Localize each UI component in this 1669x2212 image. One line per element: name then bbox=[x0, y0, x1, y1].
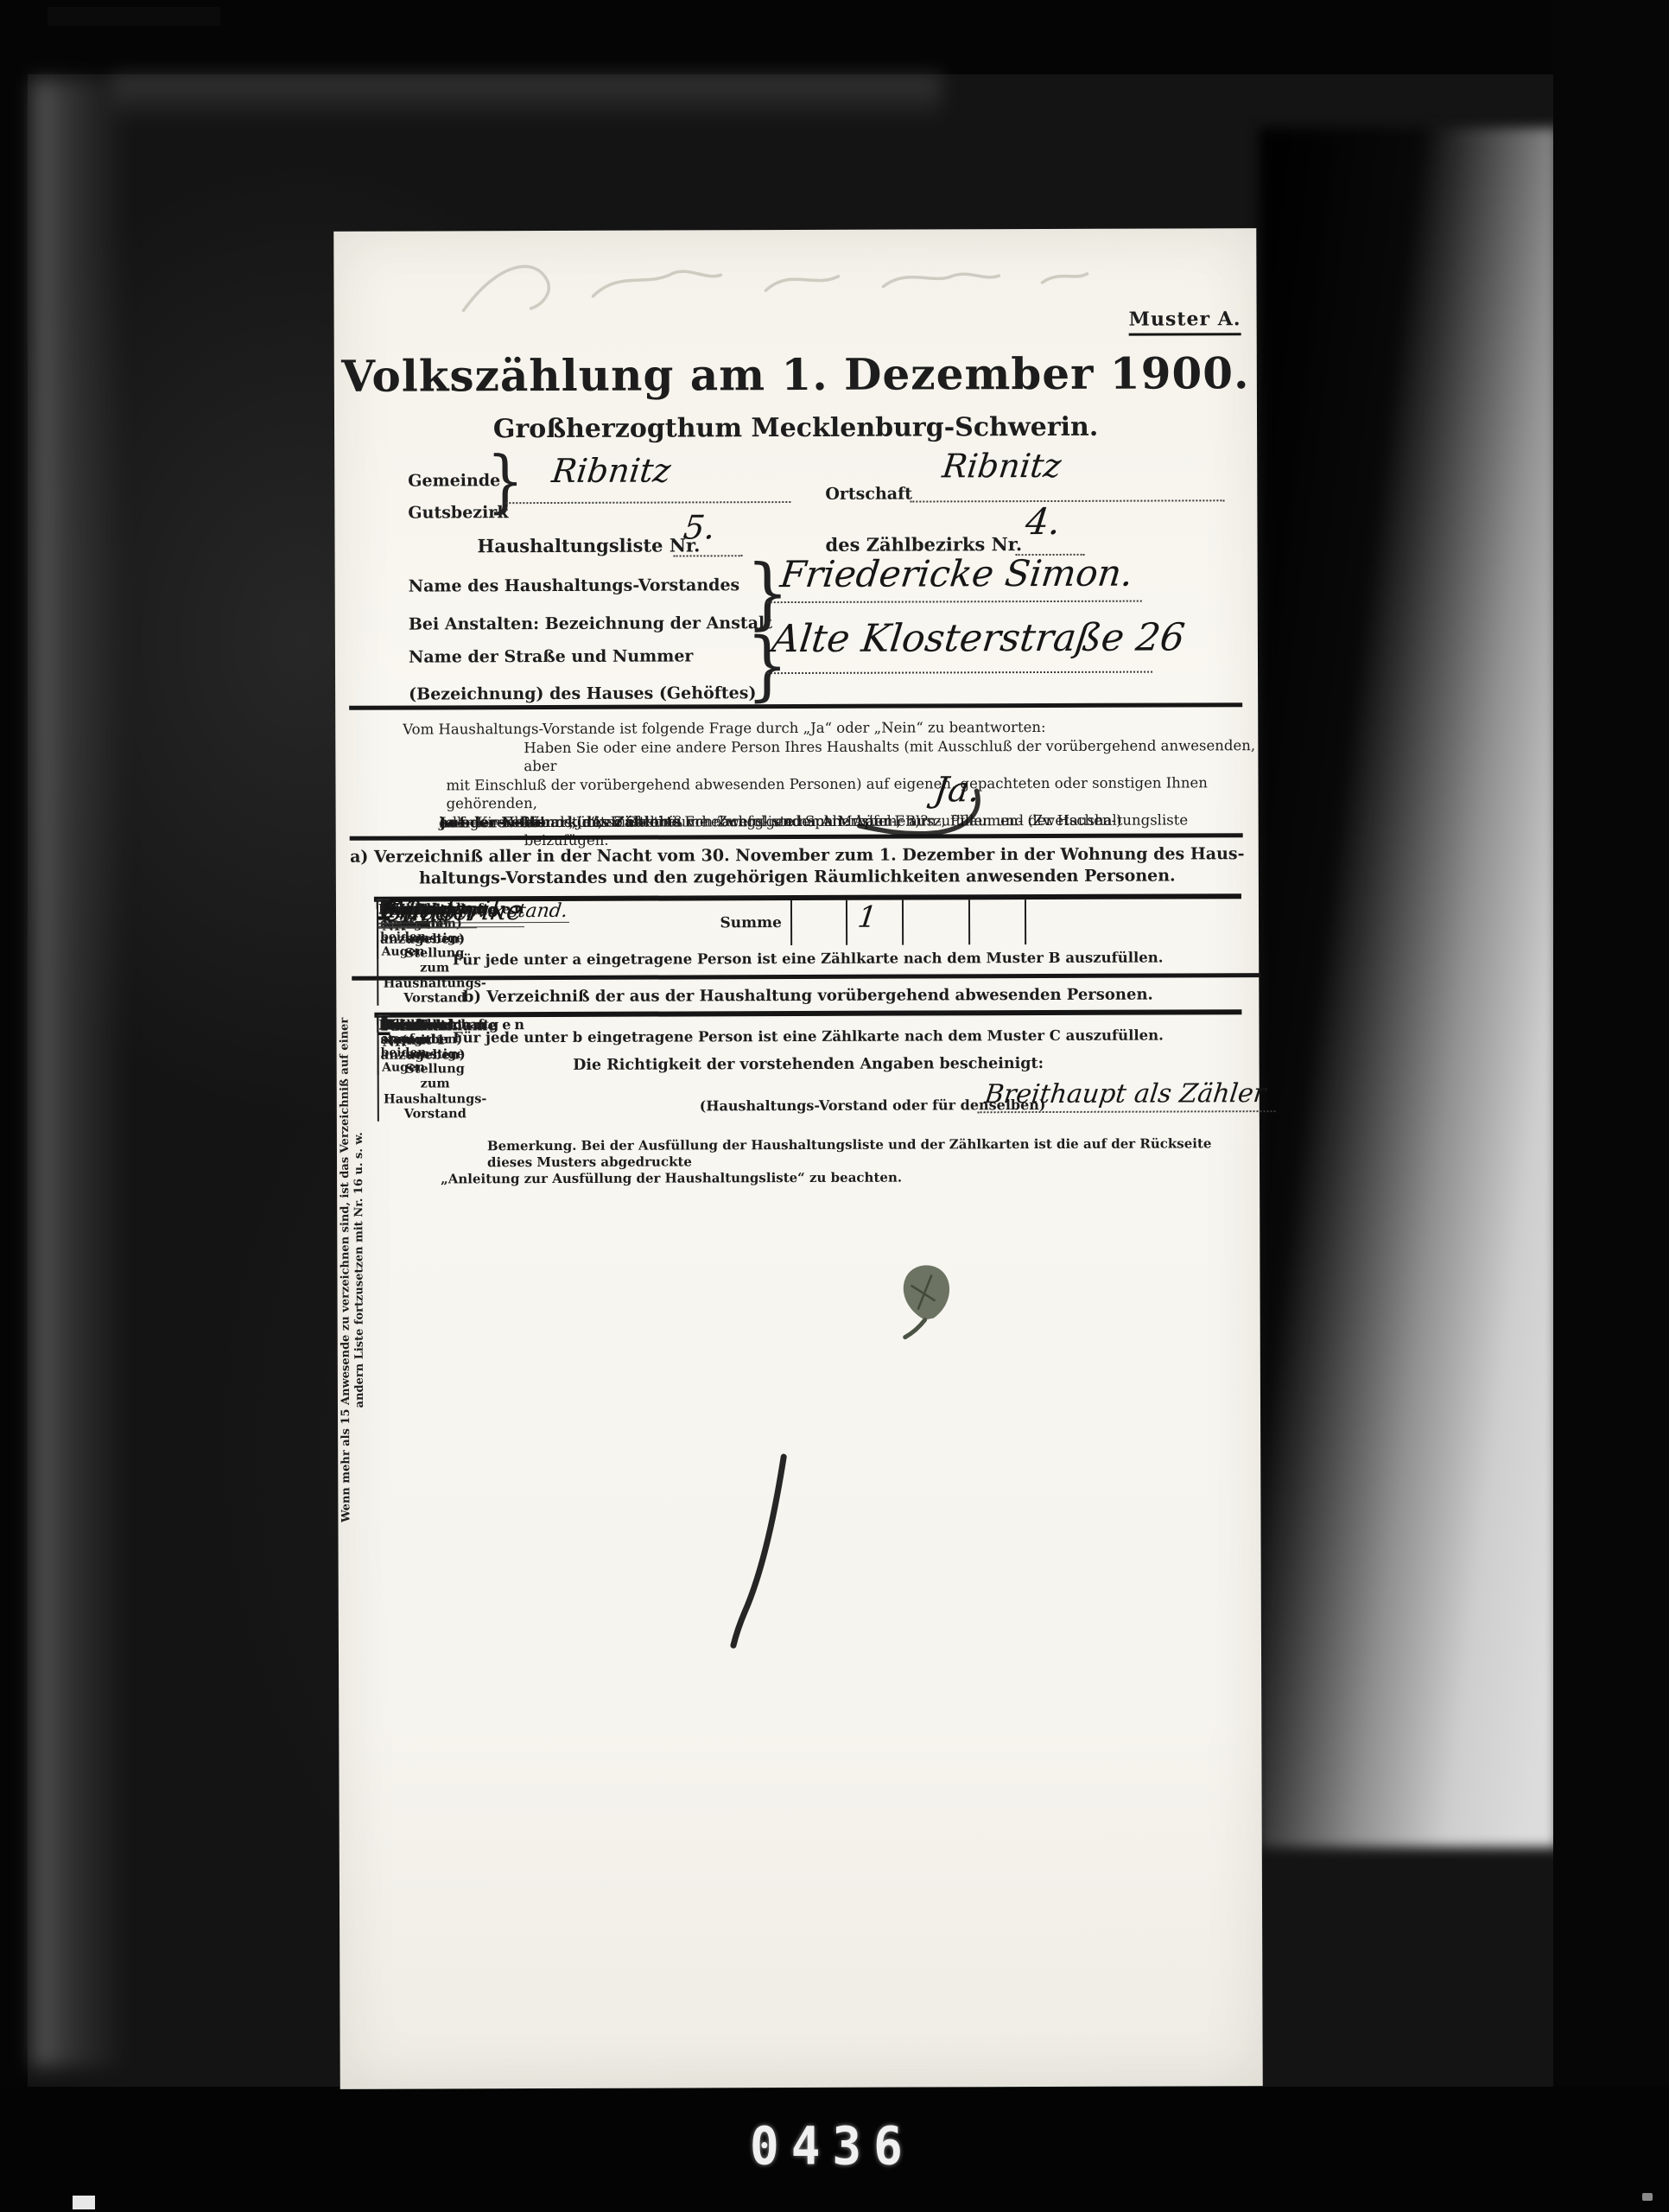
strasse-label-1: Name der Straße und Nummer bbox=[409, 646, 694, 666]
film-notch bbox=[48, 7, 220, 26]
census-form: Muster A. Volkszählung am 1. Dezember 19… bbox=[333, 228, 1262, 2089]
strasse-value: Alte Klosterstraße 26 bbox=[770, 615, 1187, 661]
film-right-border bbox=[1553, 0, 1669, 2212]
summe-column-line bbox=[846, 900, 847, 945]
summe-column-line bbox=[1025, 899, 1026, 944]
form-subtitle: Großherzogthum Mecklenburg-Schwerin. bbox=[334, 411, 1257, 445]
question-line-1: Haben Sie oder eine andere Person Ihres … bbox=[524, 736, 1258, 776]
film-speck bbox=[1642, 2193, 1653, 2201]
summe-label: Summe bbox=[720, 914, 782, 931]
microfilm-scan: { "film": { "frame_counter": "0436" }, "… bbox=[0, 0, 1669, 2212]
table-cell-empty bbox=[377, 1015, 382, 1016]
section-a-heading-2: haltungs-Vorstandes und den zugehörigen … bbox=[336, 865, 1259, 890]
bemerkung-line-1: Bemerkung. Bei der Ausfüllung der Hausha… bbox=[487, 1135, 1242, 1171]
footer-note-a: Für jede unter a eingetragene Person ist… bbox=[374, 949, 1241, 969]
ortschaft-label: Ortschaft bbox=[825, 485, 912, 504]
side-note-line-1: Wenn mehr als 15 Anwesende zu verzeichne… bbox=[338, 994, 353, 1547]
absent-persons-table-b: Lfd. Nr. Vorname Familienname Verwandtsc… bbox=[374, 1009, 1241, 1018]
bemerkung-line-2: „Anleitung zur Ausfüllung der Haushaltun… bbox=[441, 1168, 1242, 1187]
haushaltungsliste-label: Haushaltungsliste Nr. bbox=[477, 534, 700, 556]
vorstand-label: Name des Haushaltungs-Vorstandes bbox=[409, 575, 740, 595]
ortschaft-value: Ribnitz bbox=[941, 447, 1063, 485]
question-answer-handwritten: Ja. bbox=[932, 770, 982, 810]
vorstand-value: Friedericke Simon. bbox=[778, 552, 1135, 595]
bemerkung-note: Bemerkung. Bei der Ausfüllung der Hausha… bbox=[375, 1135, 1242, 1188]
section-a-heading: a) Verzeichniß aller in der Nacht vom 30… bbox=[336, 843, 1259, 890]
strasse-label-2: (Bezeichnung) des Hauses (Gehöftes) bbox=[409, 683, 756, 703]
signature-handwritten: Breithaupt als Zähler bbox=[977, 1078, 1279, 1113]
form-body: Lfd. Nr. Vorname Familienname Verwandtsc… bbox=[374, 893, 1242, 1188]
side-note-line-2: andern Liste fortzusetzen mit Nr. 16 u. … bbox=[352, 994, 367, 1547]
question-line-2: mit Einschluß der vorübergehend abwesend… bbox=[446, 773, 1258, 813]
summe-column-line bbox=[790, 900, 792, 945]
col-header-mit1: (mit 1 anzugeben) bbox=[377, 1014, 464, 1034]
gemeinde-value: Ribnitz bbox=[550, 452, 673, 490]
form-title: Volkszählung am 1. Dezember 1900. bbox=[334, 347, 1257, 402]
anstalt-label: Bei Anstalten: Bezeichnung der Anstalt bbox=[409, 613, 772, 633]
film-edge-chip bbox=[73, 2196, 95, 2209]
side-note: Wenn mehr als 15 Anwesende zu verzeichne… bbox=[338, 994, 371, 1547]
frame-counter: 0436 bbox=[750, 2116, 915, 2177]
certification-line: Die Richtigkeit der vorstehenden Angaben… bbox=[375, 1054, 1242, 1075]
zaehlbezirk-value: 4. bbox=[1024, 500, 1063, 543]
film-left-edge-glow bbox=[33, 79, 128, 2067]
pen-slash-mark bbox=[733, 1457, 784, 1645]
film-right-light-band bbox=[1260, 128, 1558, 1847]
section-a-heading-1: a) Verzeichniß aller in der Nacht vom 30… bbox=[336, 843, 1259, 868]
divider-rule bbox=[349, 702, 1242, 710]
ja-nein-struck: Ja oder Nein! bbox=[440, 813, 546, 832]
haushaltungsliste-value: 5. bbox=[682, 508, 718, 546]
obstbaum-question: Vom Haushaltungs-Vorstande ist folgende … bbox=[335, 717, 1259, 850]
film-top-edge-glow bbox=[112, 74, 942, 123]
leaf-artifact bbox=[904, 1265, 950, 1337]
colnum-8: 8 bbox=[377, 1015, 390, 1035]
summe-weiblich-value: 1 bbox=[856, 900, 879, 935]
summe-column-line bbox=[968, 899, 970, 944]
signature-row: (Haushaltungs-Vorstand oder für denselbe… bbox=[375, 1084, 1242, 1127]
summe-column-line bbox=[902, 900, 904, 945]
muster-label: Muster A. bbox=[1129, 308, 1241, 335]
section-b-heading: b) Verzeichniß der aus der Haushaltung v… bbox=[374, 985, 1241, 1007]
